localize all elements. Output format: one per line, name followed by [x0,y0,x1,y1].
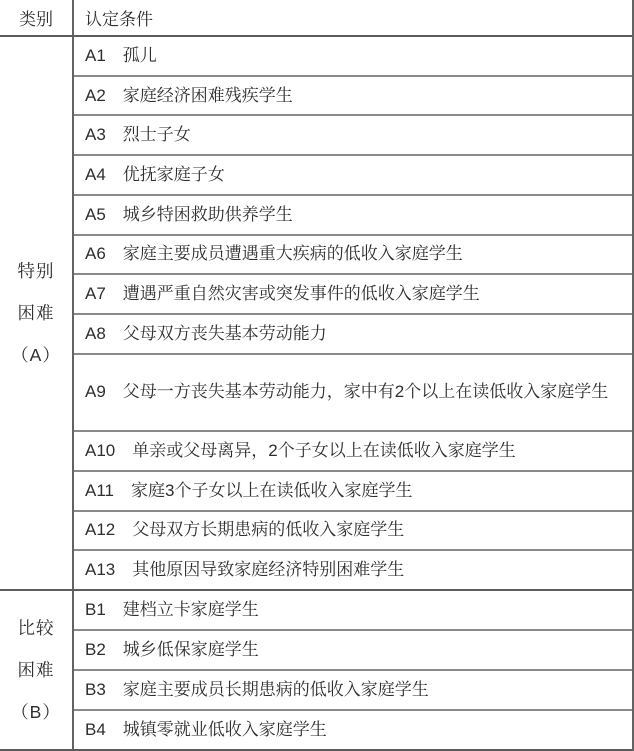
condition-text: 城乡特困救助供养学生 [123,205,293,224]
table-row-b1: B1建档立卡家庭学生 [74,591,632,629]
group-b-label-line: （B） [11,691,61,733]
table-header-row: 类别 认定条件 [0,0,632,37]
table-row-b4: B4城镇零就业低收入家庭学生 [74,709,632,749]
table-row-a10: A10单亲或父母离异，2个子女以上在读低收入家庭学生 [74,430,632,470]
condition-text: 单亲或父母离异，2个子女以上在读低收入家庭学生 [132,441,515,460]
table-row-a13: A13其他原因导致家庭经济特别困难学生 [74,549,632,589]
condition-code: A8 [85,324,106,343]
table-row-a6: A6家庭主要成员遭遇重大疾病的低收入家庭学生 [74,234,632,274]
group-relatively-difficult-b: 比较 困难 （B） B1建档立卡家庭学生 B2城乡低保家庭学生 B3家庭主要成员… [0,591,632,751]
condition-text: 家庭经济困难残疾学生 [123,86,293,105]
table-row-a5: A5城乡特困救助供养学生 [74,194,632,234]
condition-code: A11 [85,481,114,500]
condition-header-label: 认定条件 [85,5,632,30]
condition-code: A13 [85,560,115,579]
table-row-a4: A4优抚家庭子女 [74,154,632,194]
condition-text: 城乡低保家庭学生 [123,640,259,659]
condition-text: 遭遇严重自然灾害或突发事件的低收入家庭学生 [123,284,480,303]
category-header-label: 类别 [19,5,53,30]
condition-text: 城镇零就业低收入家庭学生 [123,720,327,739]
condition-code: A12 [85,520,115,539]
group-b-label-line: 困难 [18,649,55,691]
condition-text: 父母双方长期患病的低收入家庭学生 [132,520,404,539]
condition-text: 优抚家庭子女 [123,165,225,184]
condition-code: A6 [85,244,106,263]
table-row-b2: B2城乡低保家庭学生 [74,629,632,669]
table-row-a2: A2家庭经济困难残疾学生 [74,75,632,115]
condition-text: 其他原因导致家庭经济特别困难学生 [132,560,404,579]
condition-text: 烈士子女 [123,125,191,144]
condition-code: B2 [85,640,106,659]
condition-code: B4 [85,720,106,739]
table-row-a9: A9父母一方丧失基本劳动能力，家中有2个以上在读低收入家庭学生 [74,353,632,430]
group-a-label-line: 特别 [18,250,55,292]
table-row-a1: A1孤儿 [74,37,632,75]
group-a-label: 特别 困难 （A） [0,37,74,589]
table-row-a8: A8父母双方丧失基本劳动能力 [74,313,632,353]
condition-text: 建档立卡家庭学生 [123,600,259,619]
condition-code: B3 [85,680,106,699]
table-row-a7: A7遭遇严重自然灾害或突发事件的低收入家庭学生 [74,273,632,313]
group-b-rows: B1建档立卡家庭学生 B2城乡低保家庭学生 B3家庭主要成员长期患病的低收入家庭… [74,591,632,749]
condition-code: A3 [85,125,106,144]
table-row-a12: A12父母双方长期患病的低收入家庭学生 [74,510,632,550]
condition-code: A4 [85,165,106,184]
condition-text: 父母双方丧失基本劳动能力 [123,324,327,343]
condition-text: 孤儿 [123,46,157,65]
condition-code: B1 [85,600,106,619]
table-row-a11: A11家庭3个子女以上在读低收入家庭学生 [74,470,632,510]
condition-code: A2 [85,86,106,105]
group-b-label-line: 比较 [18,607,55,649]
condition-code: A5 [85,205,106,224]
condition-code: A1 [85,46,106,65]
group-a-rows: A1孤儿 A2家庭经济困难残疾学生 A3烈士子女 A4优抚家庭子女 A5城乡特困… [74,37,632,589]
condition-code: A10 [85,441,115,460]
condition-text: 家庭主要成员长期患病的低收入家庭学生 [123,680,429,699]
group-especially-difficult-a: 特别 困难 （A） A1孤儿 A2家庭经济困难残疾学生 A3烈士子女 A4优抚家… [0,37,632,591]
condition-header-cell: 认定条件 [74,0,632,35]
condition-text: 家庭3个子女以上在读低收入家庭学生 [131,481,412,500]
table-row-b3: B3家庭主要成员长期患病的低收入家庭学生 [74,669,632,709]
group-a-label-line: （A） [11,334,61,376]
condition-text: 家庭主要成员遭遇重大疾病的低收入家庭学生 [123,244,463,263]
table-row-a3: A3烈士子女 [74,114,632,154]
condition-code: A7 [85,284,106,303]
condition-text: 父母一方丧失基本劳动能力，家中有2个以上在读低收入家庭学生 [123,382,608,401]
group-a-label-line: 困难 [18,292,55,334]
category-header-cell: 类别 [0,0,74,35]
condition-code: A9 [85,382,106,401]
group-b-label: 比较 困难 （B） [0,591,74,749]
difficulty-category-table: 类别 认定条件 特别 困难 （A） A1孤儿 A2家庭经济困难残疾学生 A3烈士… [0,0,634,751]
